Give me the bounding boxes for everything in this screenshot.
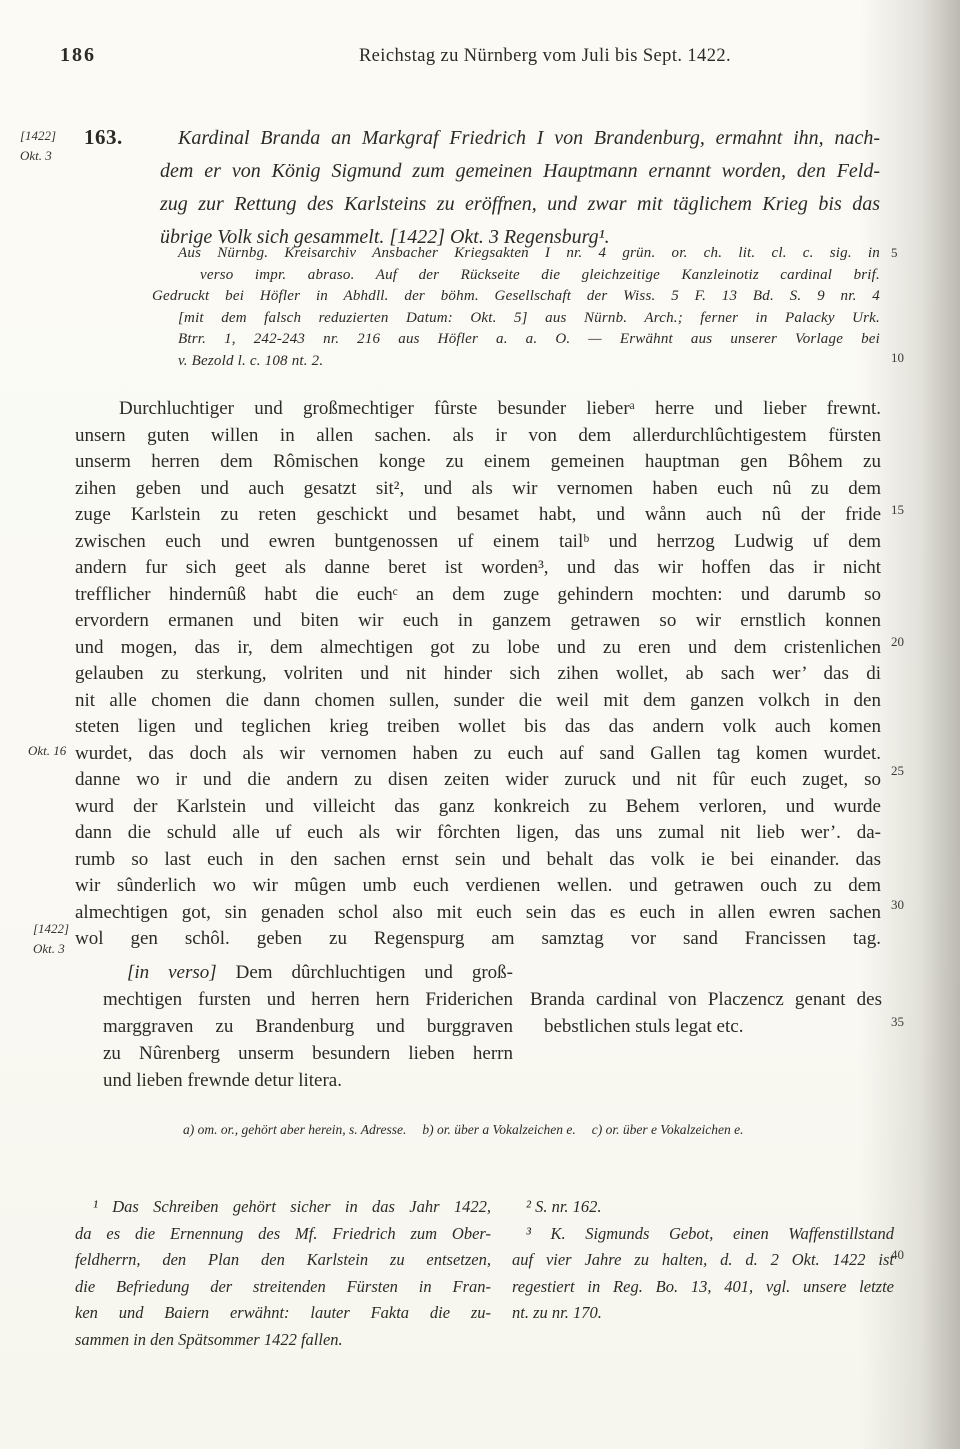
address-left-line: und lieben frewnde detur litera.	[103, 1067, 513, 1094]
body-line: gelauben zu sterkung, volriten und nit h…	[75, 661, 881, 688]
summary-line: Kardinal Branda an Markgraf Friedrich I …	[160, 122, 880, 155]
print-line-number: 35	[891, 1014, 927, 1030]
body-line: rumb so last euch in den sachen ernst se…	[75, 847, 881, 874]
apparatus-note-a: a) om. or., gehört aber herein, s. Adres…	[183, 1122, 406, 1137]
address-left-line: [in verso] Dem dûrchluchtigen und groß-	[103, 959, 513, 986]
footnote-line: die Befriedung der streitenden Fürsten i…	[75, 1274, 491, 1301]
footnote-line: ¹ Das Schreiben gehört sicher in das Jah…	[75, 1194, 491, 1221]
apparatus-note-b: b) or. über a Vokalzeichen e.	[422, 1122, 575, 1137]
body-line: wurd der Karlstein und villeicht das gan…	[75, 794, 881, 821]
print-line-number: 15	[891, 502, 927, 518]
body-line: trefflicher hindernûß habt die euchᶜ an …	[75, 582, 881, 609]
body-line: steten ligen und teglichen krieg treiben…	[75, 714, 881, 741]
address-left-column: [in verso] Dem dûrchluchtigen und groß- …	[103, 959, 513, 1094]
source-line: Aus Nürnbg. Kreisarchiv Ansbacher Kriegs…	[178, 243, 880, 265]
body-line: unsern guten willen in allen sachen. als…	[75, 423, 881, 450]
summary-line: dem er von König Sigmund zum gemeinen Ha…	[160, 155, 880, 188]
source-line: [mit dem falsch reduzierten Datum: Okt. …	[178, 308, 880, 330]
margin-date-top-year: [1422]	[20, 126, 56, 146]
document-body: Durchluchtiger und großmechtiger fûrste …	[75, 396, 881, 953]
entry-number: 163.	[84, 125, 123, 150]
source-line: v. Bezold l. c. 108 nt. 2.	[178, 351, 880, 373]
source-line: Gedruckt bei Höfler in Abhdll. der böhm.…	[152, 286, 880, 308]
footnote-line: regestiert in Reg. Bo. 13, 401, vgl. uns…	[512, 1274, 894, 1301]
footnotes-left-column: ¹ Das Schreiben gehört sicher in das Jah…	[75, 1194, 491, 1353]
body-line: und mogen, das ir, dem almechtigen got z…	[75, 635, 881, 662]
body-line: dann die schuld alle uf euch als wir fôr…	[75, 820, 881, 847]
apparatus-note-c: c) or. über e Vokalzeichen e.	[592, 1122, 744, 1137]
source-line: verso impr. abraso. Auf der Rückseite di…	[178, 265, 880, 287]
margin-date-bottom: [1422] Okt. 3	[33, 919, 69, 959]
margin-date-top: [1422] Okt. 3	[20, 126, 56, 166]
body-line: zihen geben und auch gesatzt sit², und a…	[75, 476, 881, 503]
in-verso-label: [in verso]	[127, 962, 217, 983]
source-citation-block: Aus Nürnbg. Kreisarchiv Ansbacher Kriegs…	[178, 243, 880, 372]
footnote-line: nt. zu nr. 170.	[512, 1300, 894, 1327]
body-line: ervordern ermanen und biten wir euch in …	[75, 608, 881, 635]
print-line-number: 10	[891, 350, 927, 366]
margin-date-bottom-day: Okt. 3	[33, 939, 69, 959]
address-left-line: zu Nûrenberg unserm besundern lieben her…	[103, 1040, 513, 1067]
body-line: wol gen schôl. geben zu Regenspurg am sa…	[75, 926, 881, 953]
print-line-number: 5	[891, 245, 927, 261]
apparatus-line: a) om. or., gehört aber herein, s. Adres…	[183, 1122, 873, 1138]
address-left-line: mechtigen fursten und herren hern Frider…	[103, 986, 513, 1013]
address-left-line-rest: Dem dûrchluchtigen und groß-	[236, 962, 513, 983]
body-line: danne wo ir und die andern zu disen zeit…	[75, 767, 881, 794]
print-line-number: 25	[891, 763, 927, 779]
footnote-line: ² S. nr. 162.	[512, 1194, 894, 1221]
entry-summary: Kardinal Branda an Markgraf Friedrich I …	[160, 122, 880, 254]
print-line-number: 20	[891, 634, 927, 650]
body-line: zwischen euch und ewren buntgenossen uf …	[75, 529, 881, 556]
footnote-line: ken und Baiern erwähnt: lauter Fakta die…	[75, 1300, 491, 1327]
footnote-line: da es die Ernennung des Mf. Friedrich zu…	[75, 1221, 491, 1248]
address-right-line: Branda cardinal von Placzencz genant des	[530, 986, 882, 1013]
print-line-number: 30	[891, 897, 927, 913]
page-number: 186	[60, 44, 96, 67]
footnote-line: sammen in den Spätsommer 1422 fallen.	[75, 1327, 491, 1354]
body-line: zuge Karlstein zu reten geschickt und be…	[75, 502, 881, 529]
body-line: almechtigen got, sin genaden schol also …	[75, 900, 881, 927]
body-line: wurdet, das doch als wir vernomen haben …	[75, 741, 881, 768]
source-line: Btrr. 1, 242-243 nr. 216 aus Höfler a. a…	[178, 329, 880, 351]
footnotes-right-column: ² S. nr. 162. ³ K. Sigmunds Gebot, einen…	[512, 1194, 894, 1327]
footnote-line: feldherrn, den Plan den Karlstein zu ent…	[75, 1247, 491, 1274]
address-left-line: marggraven zu Brandenburg und burggraven	[103, 1013, 513, 1040]
body-line: nit alle chomen die dann chomen sullen, …	[75, 688, 881, 715]
body-line: wir sûnderlich wo wir mûgen umb euch ver…	[75, 873, 881, 900]
body-line: Durchluchtiger und großmechtiger fûrste …	[75, 396, 881, 423]
footnote-line: ³ K. Sigmunds Gebot, einen Waffenstillst…	[512, 1221, 894, 1248]
running-header-title: Reichstag zu Nürnberg vom Juli bis Sept.…	[130, 46, 960, 67]
address-right-line: bebstlichen stuls legat etc.	[530, 1013, 882, 1040]
address-right-column: Branda cardinal von Placzencz genant des…	[530, 986, 882, 1040]
margin-note-okt16: Okt. 16	[28, 741, 66, 761]
footnote-line: auf vier Jahre zu halten, d. d. 2 Okt. 1…	[512, 1247, 894, 1274]
body-line: andern fur sich geet als danne beret ist…	[75, 555, 881, 582]
print-line-number: 40	[891, 1247, 927, 1263]
summary-line: zug zur Rettung des Karlsteins zu eröffn…	[160, 188, 880, 221]
margin-date-bottom-year: [1422]	[33, 919, 69, 939]
body-line: unserm herren dem Rômischen konge zu ein…	[75, 449, 881, 476]
margin-date-top-day: Okt. 3	[20, 146, 56, 166]
book-page: 186 Reichstag zu Nürnberg vom Juli bis S…	[0, 0, 960, 1449]
